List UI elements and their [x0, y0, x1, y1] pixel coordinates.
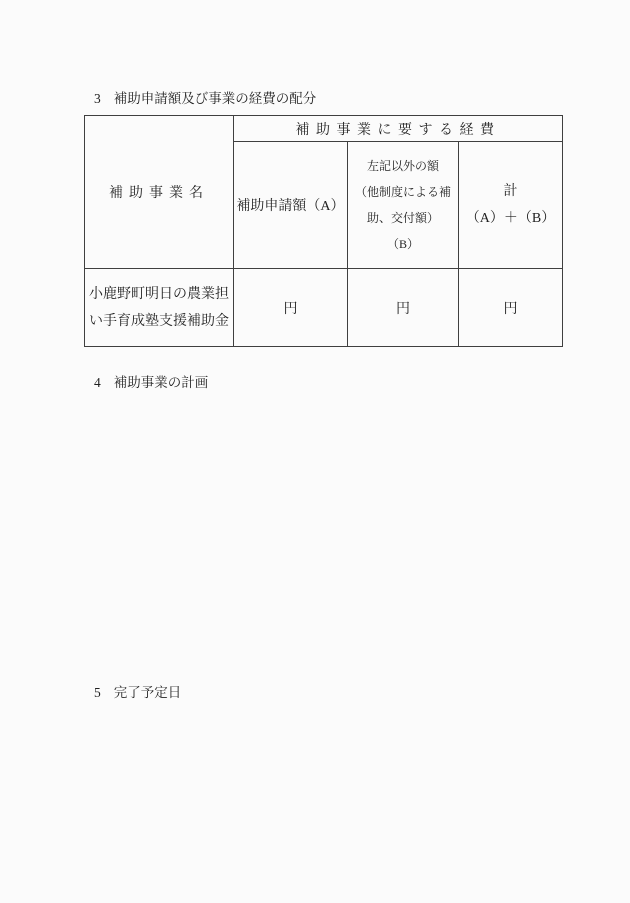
project-name-header-cell: 補助事業名	[85, 116, 234, 269]
section-5-number: 5	[94, 685, 101, 700]
section-4-title: 補助事業の計画	[114, 375, 209, 390]
section-3-number: 3	[94, 91, 101, 106]
other-amount-header-line2: （他制度による補	[348, 179, 458, 205]
section-3-title: 補助申請額及び事業の経費の配分	[114, 91, 317, 106]
project-name-line2: い手育成塾支援補助金	[85, 308, 233, 335]
other-amount-cell: 円	[348, 269, 459, 347]
section-4-heading: 4 補助事業の計画	[94, 375, 208, 390]
section-5-title: 完了予定日	[114, 685, 182, 700]
total-amount-cell: 円	[459, 269, 563, 347]
application-amount-header-cell: 補助申請額（A）	[234, 142, 348, 269]
other-amount-header-line4: （B）	[348, 231, 458, 257]
other-amount-header-cell: 左記以外の額 （他制度による補 助、交付額） （B）	[348, 142, 459, 269]
section-3-heading: 3 補助申請額及び事業の経費の配分	[94, 91, 316, 106]
other-amount-header-line1: 左記以外の額	[348, 153, 458, 179]
expense-allocation-table: 補助事業名 補助事業に要する経費 補助申請額（A） 左記以外の額 （他制度による…	[84, 115, 563, 347]
total-header-line1: 計	[459, 178, 562, 205]
table-row: 補助事業名 補助事業に要する経費	[85, 116, 563, 142]
table-row: 小鹿野町明日の農業担 い手育成塾支援補助金 円 円 円	[85, 269, 563, 347]
project-name-line1: 小鹿野町明日の農業担	[85, 281, 233, 308]
total-header-cell: 計 （A）＋（B）	[459, 142, 563, 269]
expenses-group-header-cell: 補助事業に要する経費	[234, 116, 563, 142]
project-name-cell: 小鹿野町明日の農業担 い手育成塾支援補助金	[85, 269, 234, 347]
other-amount-header-line3: 助、交付額）	[348, 205, 458, 231]
document-page: 3 補助申請額及び事業の経費の配分 補助事業名 補助事業に要する経費 補助申請額…	[0, 0, 630, 903]
application-amount-cell: 円	[234, 269, 348, 347]
section-5-heading: 5 完了予定日	[94, 685, 181, 700]
section-4-number: 4	[94, 375, 101, 390]
total-header-line2: （A）＋（B）	[459, 205, 562, 232]
